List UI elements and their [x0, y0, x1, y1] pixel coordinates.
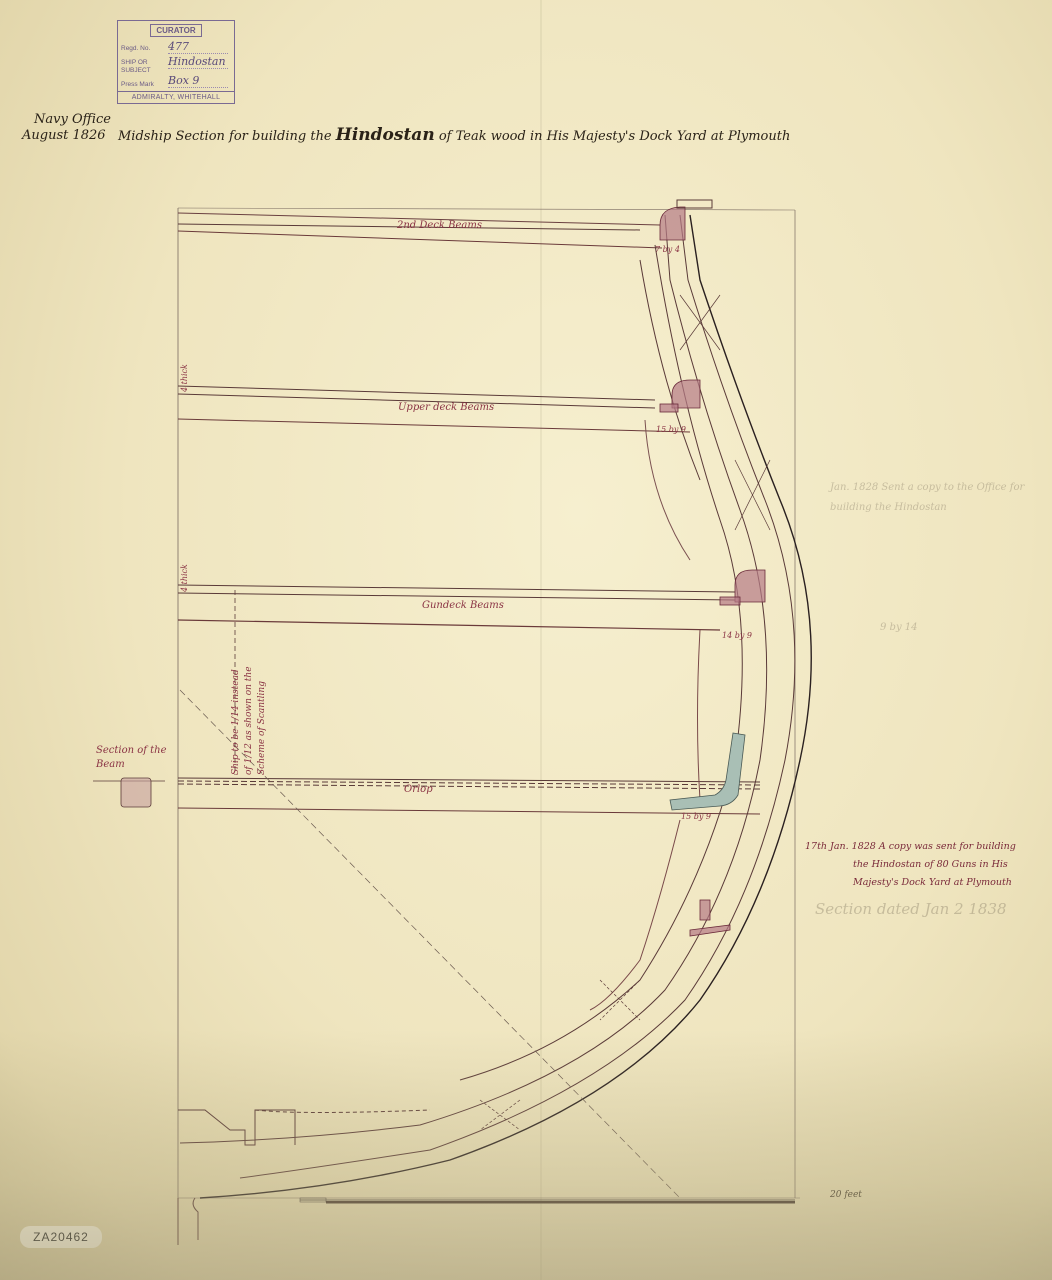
midship-section-drawing	[0, 0, 1052, 1280]
scantling-note: Ship to be 1/14 instead of 1/12 as shown…	[230, 666, 269, 775]
label-2nd-deck-beams: 2nd Deck Beams	[397, 220, 482, 231]
scantling-note-line-2: of 1/12 as shown on the	[243, 666, 256, 775]
label-gundeck-beams: Gundeck Beams	[422, 600, 504, 611]
knee-dim-gundeck: 14 by 9	[722, 631, 752, 640]
knee-dim-orlop: 15 by 9	[681, 812, 711, 821]
upper-deck-thickness: 4 thick	[180, 364, 189, 392]
annotation-line-3: Majesty's Dock Yard at Plymouth	[805, 874, 1016, 892]
scale-end-label: 20 feet	[830, 1190, 862, 1200]
beam-section-sketch	[93, 778, 165, 807]
scale-bar	[300, 1198, 795, 1204]
pencil-note-upper: Jan. 1828 Sent a copy to the Office for …	[830, 478, 1040, 518]
catalog-id: ZA20462	[20, 1226, 102, 1248]
section-of-beam-label: Section of the Beam	[96, 744, 176, 772]
pencil-note-dated: Section dated Jan 2 1838	[815, 900, 1007, 918]
pencil-note-dims: 9 by 14	[880, 622, 918, 633]
scantling-note-line-1: Ship to be 1/14 instead	[230, 666, 243, 775]
iron-knee-plate	[670, 733, 745, 810]
copy-sent-annotation: 17th Jan. 1828 A copy was sent for build…	[805, 838, 1016, 892]
knee-dim-2nd-deck: 7 by 4	[655, 245, 680, 254]
annotation-line-2: the Hindostan of 80 Guns in His	[805, 856, 1016, 874]
annotation-line-1: 17th Jan. 1828 A copy was sent for build…	[805, 838, 1016, 856]
knee-dim-upper: 15 by 9	[656, 425, 686, 434]
label-upper-deck-beams: Upper deck Beams	[398, 402, 494, 413]
label-orlop: Orlop	[404, 784, 433, 795]
gundeck-thickness: 4 thick	[180, 564, 189, 592]
ship-plan-sheet: CURATOR Regd. No. 477 SHIP OR SUBJECT Hi…	[0, 0, 1052, 1280]
scantling-note-line-3: Scheme of Scantling	[256, 666, 269, 775]
